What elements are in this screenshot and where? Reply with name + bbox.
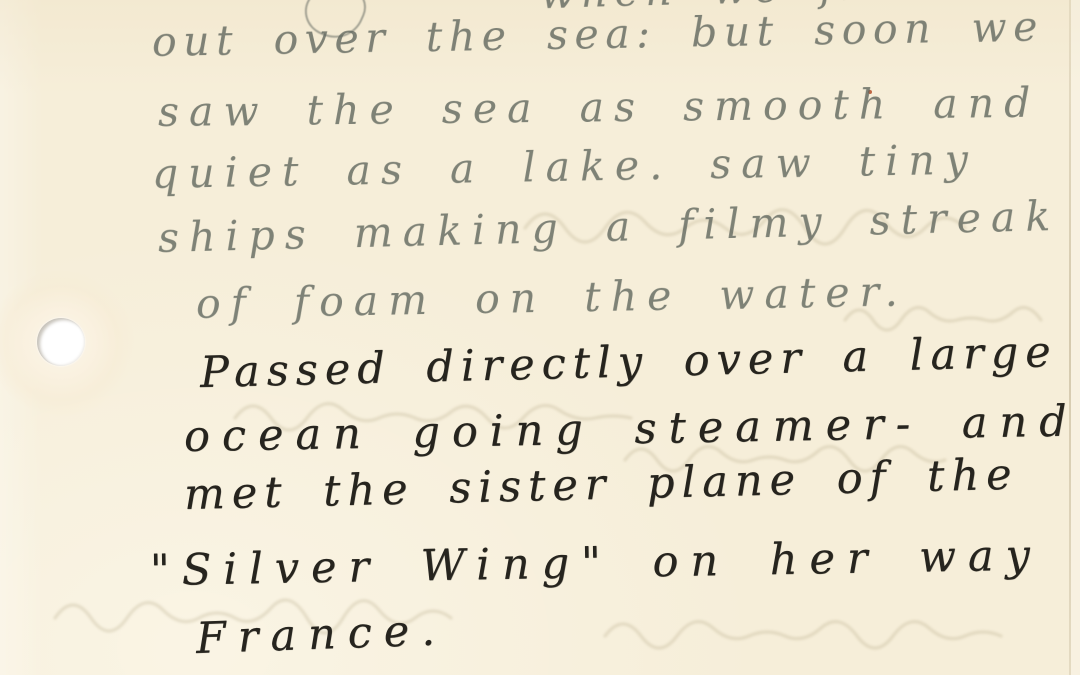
hole-punch xyxy=(37,318,85,366)
paper-edge-strip xyxy=(1071,0,1080,675)
handwritten-line: saw the sea as smooth and xyxy=(158,79,1041,136)
handwritten-line: France. xyxy=(195,605,448,664)
